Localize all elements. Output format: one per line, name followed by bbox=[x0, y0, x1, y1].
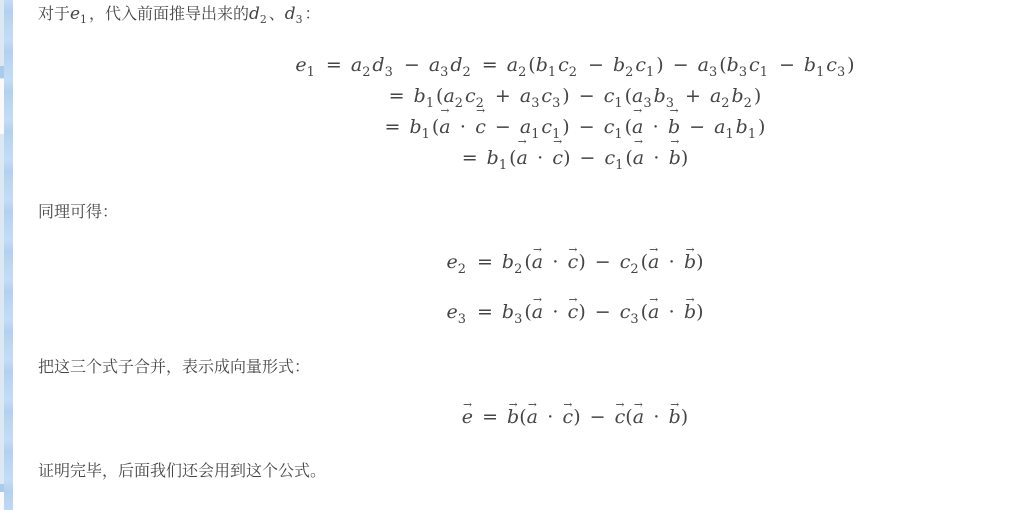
vector-c: c→ bbox=[568, 301, 579, 323]
combine-paragraph: 把这三个式子合并，表示成向量形式： bbox=[38, 358, 310, 378]
vector-arrow-icon: → bbox=[684, 245, 696, 256]
vector-arrow-icon: → bbox=[669, 400, 681, 411]
vector-arrow-icon: → bbox=[516, 137, 527, 148]
vector-b: b→ bbox=[669, 406, 681, 428]
vector-arrow-icon: → bbox=[568, 295, 579, 306]
equation-e1-line-3: = b1(a→ ⋅ c→ − a1c1) − c1(a→ ⋅ b→ − a1b1… bbox=[136, 112, 1014, 143]
vector-arrow-icon: → bbox=[507, 400, 519, 411]
vector-a: a→ bbox=[439, 112, 450, 143]
vector-arrow-icon: → bbox=[684, 295, 696, 306]
vector-arrow-icon: → bbox=[552, 137, 563, 148]
vector-a: a→ bbox=[633, 406, 644, 428]
vector-a: a→ bbox=[648, 251, 659, 273]
vector-b: b→ bbox=[669, 143, 681, 174]
vector-arrow-icon: → bbox=[633, 400, 644, 411]
vector-arrow-icon: → bbox=[669, 137, 681, 148]
vector-arrow-icon: → bbox=[462, 400, 473, 411]
equation-e1-line-4: = b1(a→ ⋅ c→) − c1(a→ ⋅ b→) bbox=[136, 143, 1014, 174]
vector-arrow-icon: → bbox=[568, 245, 579, 256]
vector-arrow-icon: → bbox=[632, 106, 643, 117]
vector-c: c→ bbox=[475, 112, 486, 143]
vector-c: c→ bbox=[568, 251, 579, 273]
vector-arrow-icon: → bbox=[475, 106, 486, 117]
vector-c: c→ bbox=[615, 406, 626, 428]
vector-arrow-icon: → bbox=[615, 400, 626, 411]
vector-arrow-icon: → bbox=[648, 295, 659, 306]
intro-paragraph: 对于e1，代入前面推导出来的d2、d3： bbox=[38, 3, 321, 25]
vector-a: a→ bbox=[633, 143, 644, 174]
equation-e2-block: e2 = b2(a→ ⋅ c→) − c2(a→ ⋅ b→) bbox=[136, 251, 1014, 273]
vector-e: e→ bbox=[462, 406, 473, 428]
vector-form-equation-block: e→ = b→(a→ ⋅ c→) − c→(a→ ⋅ b→) bbox=[136, 406, 1014, 428]
vector-b: b→ bbox=[507, 406, 519, 428]
vector-a: a→ bbox=[648, 301, 659, 323]
equation-e1-line-1: e1 = a2d3 − a3d2 = a2(b1c2 − b2c1) − a3(… bbox=[136, 50, 1014, 81]
equation-vector-form: e→ = b→(a→ ⋅ c→) − c→(a→ ⋅ b→) bbox=[462, 406, 688, 428]
equation-e2: e2 = b2(a→ ⋅ c→) − c2(a→ ⋅ b→) bbox=[446, 251, 703, 273]
vector-c: c→ bbox=[563, 406, 574, 428]
similarly-paragraph: 同理可得： bbox=[38, 203, 118, 223]
article-page: { "document": { "paragraphs": { "p1": "对… bbox=[0, 0, 1014, 510]
vector-a: a→ bbox=[527, 406, 538, 428]
vector-a: a→ bbox=[532, 251, 543, 273]
left-blue-bar bbox=[4, 0, 13, 510]
vector-arrow-icon: → bbox=[527, 400, 538, 411]
vector-b: b→ bbox=[684, 301, 696, 323]
vector-arrow-icon: → bbox=[532, 245, 543, 256]
vector-arrow-icon: → bbox=[633, 137, 644, 148]
vector-c: c→ bbox=[552, 143, 563, 174]
equation-e3: e3 = b3(a→ ⋅ c→) − c3(a→ ⋅ b→) bbox=[446, 301, 703, 323]
page-left-decoration bbox=[0, 0, 13, 510]
vector-arrow-icon: → bbox=[439, 106, 450, 117]
vector-arrow-icon: → bbox=[648, 245, 659, 256]
vector-arrow-icon: → bbox=[668, 106, 680, 117]
vector-arrow-icon: → bbox=[563, 400, 574, 411]
e1-derivation-block: e1 = a2d3 − a3d2 = a2(b1c2 − b2c1) − a3(… bbox=[136, 50, 1014, 174]
closing-paragraph: 证明完毕，后面我们还会用到这个公式。 bbox=[38, 462, 326, 482]
vector-b: b→ bbox=[684, 251, 696, 273]
equation-e3-block: e3 = b3(a→ ⋅ c→) − c3(a→ ⋅ b→) bbox=[136, 301, 1014, 323]
vector-a: a→ bbox=[532, 301, 543, 323]
vector-arrow-icon: → bbox=[532, 295, 543, 306]
vector-a: a→ bbox=[516, 143, 527, 174]
equation-e1-line-2: = b1(a2c2 + a3c3) − c1(a3b3 + a2b2) bbox=[136, 81, 1014, 112]
